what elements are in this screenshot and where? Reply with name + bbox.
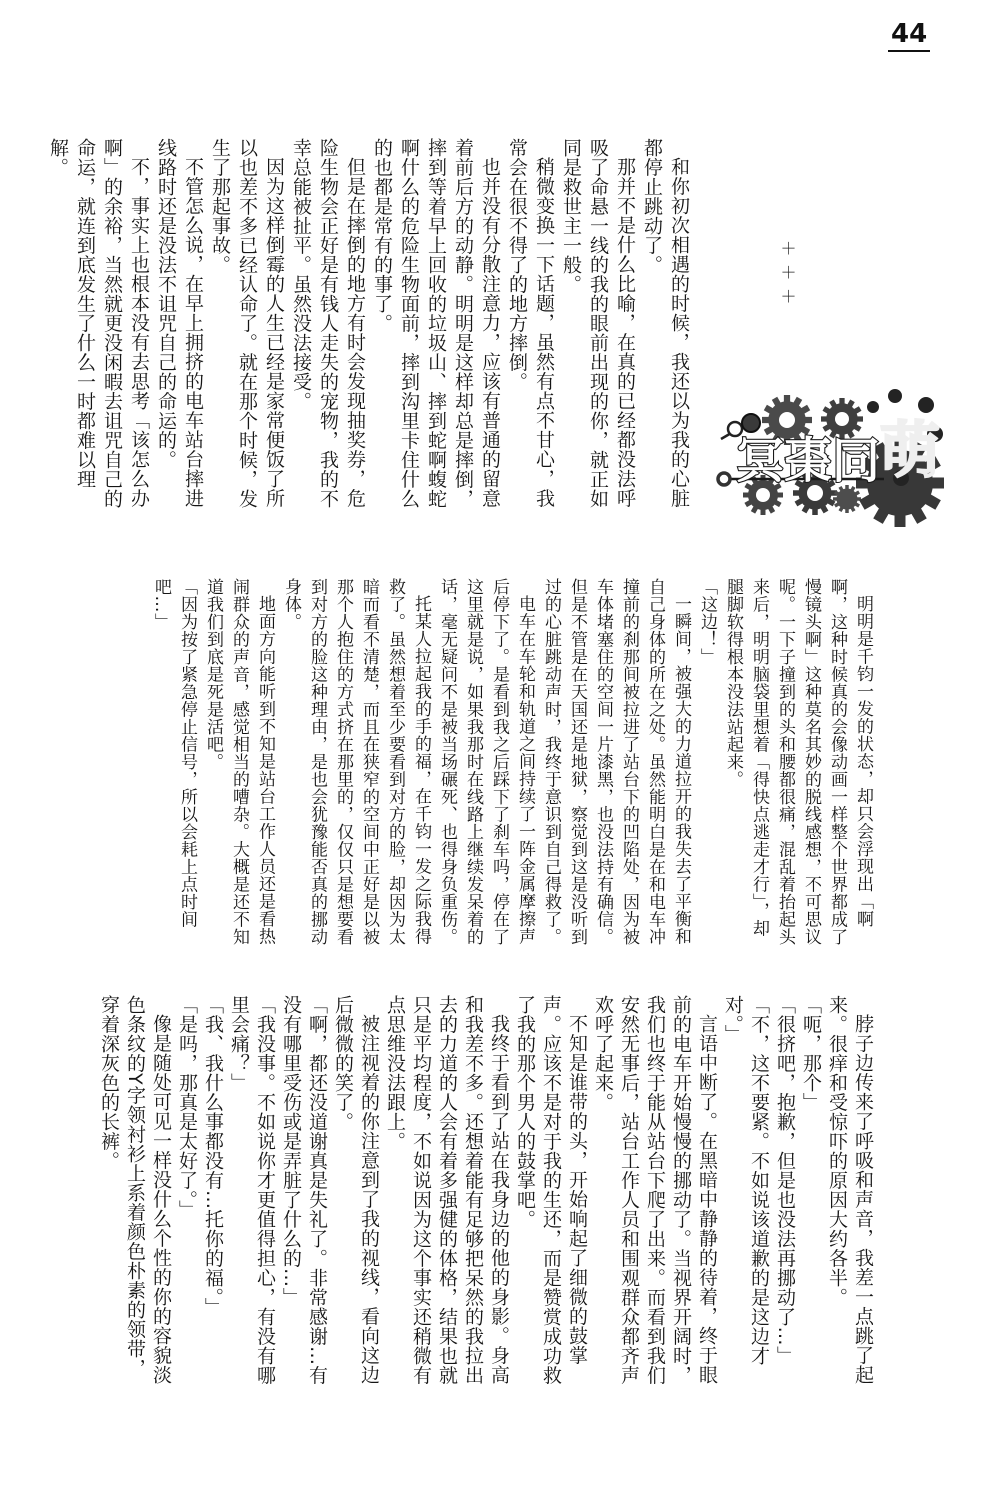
- paragraph: 脖子边传来了呼吸和声音，我差一点跳了起来。很痒和受惊吓的原因大约各半。: [824, 995, 876, 1387]
- paragraph: 也并没有分散注意力，应该有普通的留意着前后方的动静。明明是这样却总是摔倒，摔到等…: [368, 138, 503, 510]
- paragraph: 但是在摔倒的地方有时会发现抽奖券，危险生物会正好是有钱人走失的宠物，我的不幸总能…: [287, 138, 368, 510]
- dialog-line: 「我没事。不如说你才更值得担心，有没有哪里会痛？」: [226, 995, 278, 1387]
- paragraph: 我终于看到了站在我身边的他的身影。身高和我差不多。还想着能有足够把呆然的我拉出去…: [382, 995, 512, 1387]
- dialog-line: 「呃，那个」: [798, 995, 824, 1387]
- ring-icon: [718, 473, 730, 485]
- paragraph: 不管怎么说，在早上拥挤的电车站台摔进线路时还是没法不诅咒自己的命运的。: [152, 138, 206, 510]
- paragraph: 不知是谁带的头，开始响起了细微的鼓掌声。应该不是对于我的生还，而是赞赏成功救了我…: [512, 995, 590, 1387]
- paragraph: 因为这样倒霉的人生已经是家常便饭了所以也差不多已经认命了。就在那个时候，发生了那…: [206, 138, 287, 510]
- logo-group-stamp: 冥棗同 萌: [712, 383, 997, 538]
- paragraph: 言语中断了。在黑暗中静静的待着，终于眼前的电车开始慢慢的挪动了。当视界开阔时，我…: [590, 995, 720, 1387]
- paragraph: 地面方向能听到不知是站台工作人员还是看热闹群众的声音，感觉相当的嘈杂。大概是还不…: [200, 578, 278, 946]
- paragraph: 明明是千钧一发的状态，却只会浮现出「啊啊，这种时候真的会像动画一样整个世界都成了…: [720, 578, 876, 946]
- page-number: 44: [888, 20, 930, 52]
- dialog-line: 「是吗，那真是太好了。」: [174, 995, 200, 1387]
- logo-accent-text: 萌: [880, 416, 940, 486]
- logo-main-text: 冥棗同: [736, 433, 880, 489]
- book-page: 44 ＋＋＋: [0, 0, 1000, 1511]
- dialog-line: 「啊，都还没道谢真是失礼了。非常感谢…有没有哪里受伤或是弄脏了什么的…」: [278, 995, 330, 1387]
- text-section-bottom: 脖子边传来了呼吸和声音，我差一点跳了起来。很痒和受惊吓的原因大约各半。 「呃，那…: [96, 995, 876, 1387]
- scene-separator: ＋＋＋: [776, 240, 799, 312]
- dialog-line: 「我、我什么事都没有…托你的福。」: [200, 995, 226, 1387]
- dialog-line: 「这边！」: [694, 578, 720, 946]
- paragraph: 那并不是什么比喻，在真的已经都没法呼吸了命悬一线的我的眼前出现的你，就正如同是救…: [557, 138, 638, 510]
- paragraph: 托某人拉起我的手的福，在千钧一发之际我得救了。虽然想着至少要看到对方的脸，却因为…: [278, 578, 434, 946]
- paragraph: 像是随处可见一样没什么个性的你的容貌淡色条纹的Y字领衬衫上系着颜色朴素的领带，穿…: [96, 995, 174, 1387]
- gear-icon: [833, 485, 861, 513]
- paragraph: 稍微变换一下话题，虽然有点不甘心，我常会在很不得了的地方摔倒。: [503, 138, 557, 510]
- paragraph: 被注视着的你注意到了我的视线，看向这边后微微的笑了。: [330, 995, 382, 1387]
- paragraph: 电车在车轮和轨道之间持续了一阵金属摩擦声后停下了。是看到我之后踩下了刹车吗，停在…: [434, 578, 538, 946]
- paragraph: 一瞬间，被强大的力道拉开的我失去了平衡和自己身体的所在之处。虽然能明白是在和电车…: [538, 578, 694, 946]
- gears-logo-graphic: 冥棗同 萌: [712, 383, 997, 538]
- text-section-top: 和你初次相遇的时候，我还以为我的心脏都停止跳动了。 那并不是什么比喻，在真的已经…: [96, 138, 692, 510]
- paragraph: 和你初次相遇的时候，我还以为我的心脏都停止跳动了。: [638, 138, 692, 510]
- text-section-middle: 明明是千钧一发的状态，却只会浮现出「啊啊，这种时候真的会像动画一样整个世界都成了…: [96, 578, 876, 946]
- dialog-line: 「因为按了紧急停止信号，所以会耗上点时间吧…」: [148, 578, 200, 946]
- dialog-line: 「很挤吧，抱歉，但是也没法再挪动了…」: [772, 995, 798, 1387]
- paragraph: 不，事实上也根本没有去思考「该怎么办啊」的余裕，当然就更没闲暇去诅咒自己的命运，…: [44, 138, 152, 510]
- dialog-line: 「不，这不要紧。不如说该道歉的是这边才对。」: [720, 995, 772, 1387]
